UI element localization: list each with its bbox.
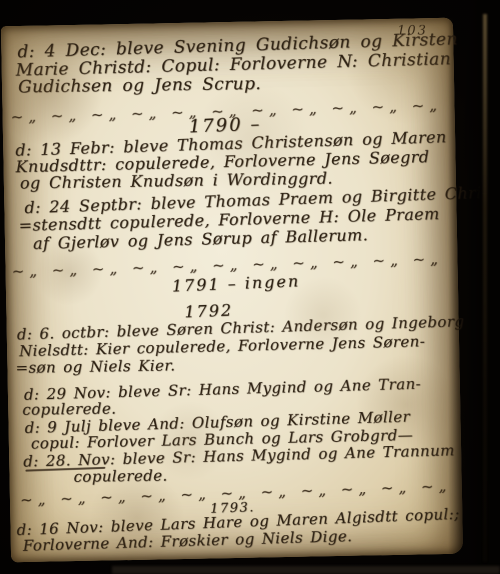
facing-page-edge [483,14,487,562]
record-line: copulerede. [73,467,167,486]
record-line: =søn og Niels Kier. [15,356,175,377]
record-line: Gudichsen og Jens Scrup. [18,74,261,97]
scan-edge-artifact [112,566,500,574]
manuscript-paper-sheet: 103 d: 4 Dec: bleve Svening Gudichsøn og… [1,18,463,563]
year-heading-1792: 1792 [184,301,233,322]
scanned-page-background: 103 d: 4 Dec: bleve Svening Gudichsøn og… [0,0,500,574]
manuscript-text-layer: 103 d: 4 Dec: bleve Svening Gudichsøn og… [1,18,463,563]
year-heading-1791: 1791 – ingen [172,271,301,295]
